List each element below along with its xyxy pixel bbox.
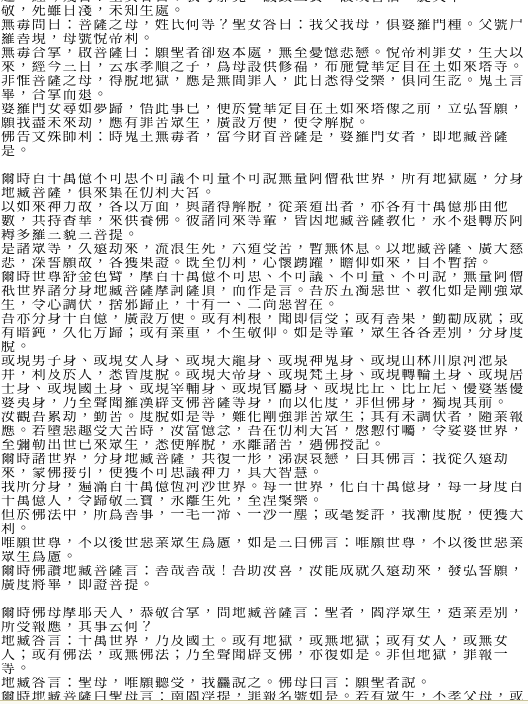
text-line: 耨多羅三藐三菩提。 bbox=[1, 229, 528, 243]
text-line: 廣度將畢，即證菩提。 bbox=[1, 579, 528, 593]
text-line: 眾生爲慮。 bbox=[1, 551, 528, 565]
text-line: 數，共持香華，來供養佛。彼諸同來等輩，皆因地藏菩薩教化，永不退轉於阿 bbox=[1, 215, 528, 229]
text-line: 人；或有佛法，或無佛法；乃至聲聞辟支佛，亦復如是。非但地獄，罪報一 bbox=[1, 649, 528, 663]
text-line: 我所分身，遍滿百千萬億恆河沙世界。每一世界，化百千萬億身，每一身度百 bbox=[1, 481, 528, 495]
text-line: 地藏菩薩，俱來集在忉利天宮。 bbox=[1, 187, 528, 201]
text-line: 至彌勒出世已來眾生，悉使解脫，永離諸苦，遇佛授記。 bbox=[1, 439, 528, 453]
text-line: 脫。 bbox=[1, 341, 528, 355]
text-line: 來，蒙佛接引，使獲不可思議神力，具大智慧。 bbox=[1, 467, 528, 481]
text-line: 敬，死雖日淺，未知生處。 bbox=[1, 5, 528, 19]
text-line: 畢，合掌而退。 bbox=[1, 89, 528, 103]
window-edge-divider bbox=[0, 700, 528, 704]
text-line: 應。若墮惡趣受大苦時，汝當憶念，吾在忉利天宮，慇懃付囑，令娑婆世界， bbox=[1, 425, 528, 439]
text-line: 吾亦分身千百億，廣設方便。或有利根，聞即信受；或有善果，勤勸成就；或 bbox=[1, 313, 528, 327]
text-line: 但於佛法中，所爲善事，一毛一渧、一沙一塵；或毫髮許，我漸度脫，使獲大 bbox=[1, 509, 528, 523]
text-line: 以如來神力故，各以方面，與諸得解脫，從業道出者，亦各有千萬億那由他 bbox=[1, 201, 528, 215]
text-line: 地藏答言：聖母，唯願聽受，我麤說之。佛母白言：願聖者說。 bbox=[1, 677, 528, 691]
text-line: 井，利及於人，悉皆度脫。或現天帝身、或現梵王身、或現轉輪王身、或現居 bbox=[1, 369, 528, 383]
text-line: 來，經今三日，云承孝順之子，爲母設供修福，布施覺華定自在王如來塔寺。 bbox=[1, 61, 528, 75]
text-line: 等。 bbox=[1, 663, 528, 677]
text-line: 千萬億人，令歸敬三寶，永離生死，至涅槃樂。 bbox=[1, 495, 528, 509]
text-line: 生，令心調伏，捨邪歸正，十有一、二尚惡習在。 bbox=[1, 299, 528, 313]
text-line: 利。 bbox=[1, 523, 528, 537]
text-line: 祇世界諸分身地藏菩薩摩訶薩頂，而作是言。吾於五濁惡世、教化如是剛強眾 bbox=[1, 285, 528, 299]
text-line: 是諸眾等，久遠劫來，流浪生死，六道受苦，暫無休息。以地藏菩薩、廣大慈 bbox=[1, 243, 528, 257]
text-line bbox=[1, 593, 528, 607]
text-line: 羅善現，母號悅帝利。 bbox=[1, 33, 528, 47]
text-line: 無毒合掌，啟菩薩曰：願聖者卻返本處，無至憂憶悲戀。悅帝利罪女，生天以 bbox=[1, 47, 528, 61]
text-line: 爾時百千萬億不可思不可議不可量不可說無量阿僧祇世界，所有地獄處，分身 bbox=[1, 173, 528, 187]
text-line: 或現男子身、或現女人身、或現天龍身、或現神鬼身、或現山林川原河池泉 bbox=[1, 355, 528, 369]
text-line: 悲，深誓願故，各獲果證。既至忉利，心懷踴躍，瞻仰如來，目不暫捨。 bbox=[1, 257, 528, 271]
text-line: 所受報應，其事云何？ bbox=[1, 621, 528, 635]
text-line: 爾時佛母摩耶夫人，恭敬合掌，問地藏菩薩言：聖者，閻浮眾生，造業差別， bbox=[1, 607, 528, 621]
document-page: 趣，經今幾日？聖女答曰：我母邪見，譏毀三寶，設或暫信，旋又不 敬，死雖日淺，未知… bbox=[0, 0, 528, 704]
text-line: 是。 bbox=[1, 145, 528, 159]
text-line: 願我盡未來劫，應有罪苦眾生，廣設方便，使令解脫。 bbox=[1, 117, 528, 131]
text-line: 汝觀吾累劫，勤苦。度脫如是等，難化剛強罪苦眾生；其有未調伏者，隨業報 bbox=[1, 411, 528, 425]
text-line: 爾時諸世界，分身地藏菩薩，共復一形，涕淚哀戀，白其佛言：我從久遠劫 bbox=[1, 453, 528, 467]
text-line: 婆夷身，乃至聲聞羅漢辟支佛菩薩等身，而以化度，非但佛身，獨現其前。 bbox=[1, 397, 528, 411]
text-line: 無毒問曰：菩薩之母，姓氏何等？聖女答曰：我父我母，俱婆羅門種。父號尸 bbox=[1, 19, 528, 33]
text-line: 非惟菩薩之母，得脫地獄，應是無間罪人，此日悉得受樂，俱同生訖。鬼王言 bbox=[1, 75, 528, 89]
text-line: 地藏答言：千萬世界，乃及國土。或有地獄，或無地獄；或有女人，或無女 bbox=[1, 635, 528, 649]
text-line: 爾時佛讚地藏菩薩言：善哉善哉！吾助汝喜，汝能成就久遠劫來，發弘誓願， bbox=[1, 565, 528, 579]
text-line bbox=[1, 159, 528, 173]
text-line: 有暗鈍，久化方歸；或有業重，不生敬仰。如是等輩，眾生各各差別，分身度 bbox=[1, 327, 528, 341]
text-line: 婆羅門女尋如夢歸，悟此事已，便於覺華定自在王如來塔像之前，立弘誓願， bbox=[1, 103, 528, 117]
text-line: 佛告文殊師利：時鬼王無毒者，當今財首菩薩是，婆羅門女者，即地藏菩薩 bbox=[1, 131, 528, 145]
text-line: 唯願世尊，不以後世惡業眾生爲慮，如是三白佛言：唯願世尊，不以後世惡業 bbox=[1, 537, 528, 551]
text-line: 士身、或現國王身、或現宰輔身、或現官屬身、或現比丘、比丘尼、優婆塞優 bbox=[1, 383, 528, 397]
text-lines-container: 敬，死雖日淺，未知生處。無毒問曰：菩薩之母，姓氏何等？聖女答曰：我父我母，俱婆羅… bbox=[1, 5, 528, 704]
text-line: 爾時世尊舒金色臂，摩百千萬億不可思、不可議、不可量、不可說，無量阿僧 bbox=[1, 271, 528, 285]
sutra-text-body: 趣，經今幾日？聖女答曰：我母邪見，譏毀三寶，設或暫信，旋又不 敬，死雖日淺，未知… bbox=[1, 0, 528, 704]
